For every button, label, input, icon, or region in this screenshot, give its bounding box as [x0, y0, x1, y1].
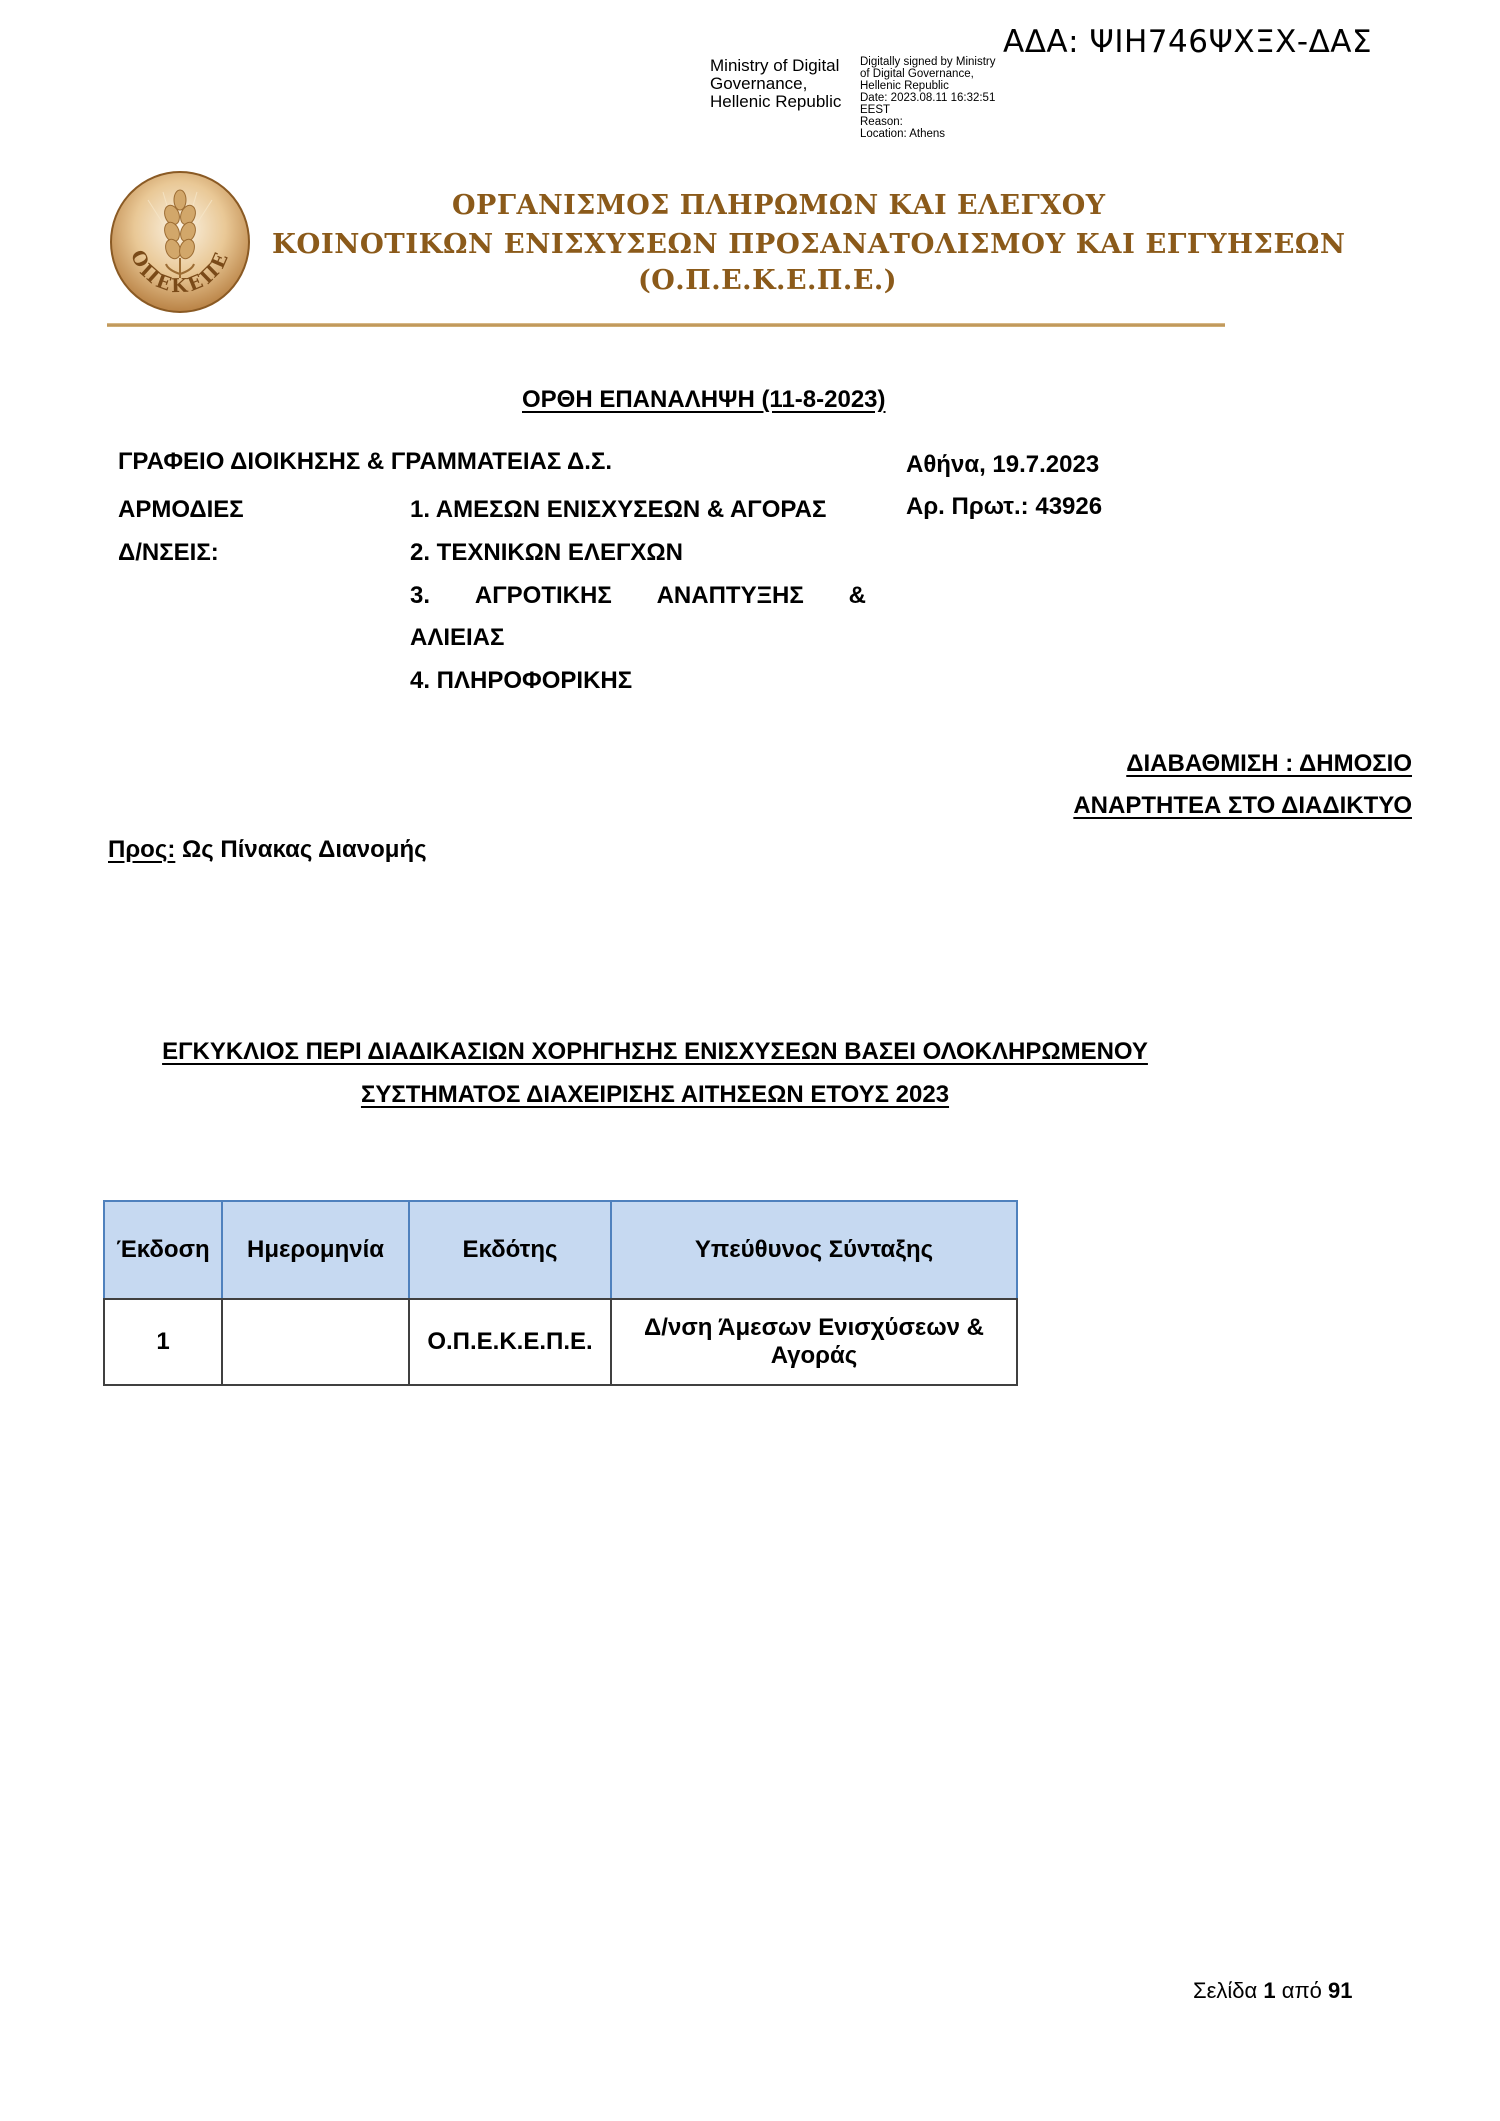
- signature-detail-line: Date: 2023.08.11 16:32:51: [860, 92, 996, 104]
- directorate-item: 3. ΑΓΡΟΤΙΚΗΣ ΑΝΑΠΤΥΞΗΣ &: [410, 582, 866, 610]
- recipient: Προς: Ως Πίνακας Διανομής: [108, 836, 427, 864]
- table-row: 1 Ο.Π.Ε.Κ.Ε.Π.Ε. Δ/νση Άμεσων Ενισχύσεων…: [104, 1299, 1017, 1385]
- logo-org-line: ΚΟΙΝΟΤΙΚΩΝ ΕΝΙΣΧΥΣΕΩΝ ΠΡΟΣΑΝΑΤΟΛΙΣΜΟΥ ΚΑ…: [272, 228, 1346, 260]
- signature-details: Digitally signed by Ministry of Digital …: [860, 56, 996, 140]
- page-number: Σελίδα 1 από 91: [1193, 1978, 1353, 2004]
- directorate-word: ΑΓΡΟΤΙΚΗΣ: [475, 582, 612, 610]
- cell-version: 1: [104, 1299, 222, 1385]
- recipient-label: Προς:: [108, 836, 175, 863]
- signature-detail-line: Reason:: [860, 116, 996, 128]
- signature-signer: Ministry of Digital Governance, Hellenic…: [710, 57, 841, 111]
- column-header-date: Ημερομηνία: [222, 1201, 409, 1299]
- signature-detail-line: Digitally signed by Ministry: [860, 56, 996, 68]
- recipient-value: Ως Πίνακας Διανομής: [182, 836, 427, 863]
- signature-detail-line: Hellenic Republic: [860, 80, 996, 92]
- reissue-heading: ΟΡΘΗ ΕΠΑΝΑΛΗΨΗ (11-8-2023): [522, 386, 886, 414]
- logo-org-acronym: (Ο.Π.Ε.Κ.Ε.Π.Ε.): [638, 265, 897, 296]
- directorate-item: 4. ΠΛΗΡΟΦΟΡΙΚΗΣ: [410, 667, 632, 695]
- directorate-item: 1. ΑΜΕΣΩΝ ΕΝΙΣΧΥΣΕΩΝ & ΑΓΟΡΑΣ: [410, 496, 826, 524]
- issuing-office: ΓΡΑΦΕΙΟ ΔΙΟΙΚΗΣΗΣ & ΓΡΑΜΜΑΤΕΙΑΣ Δ.Σ.: [118, 448, 612, 476]
- of-word: από: [1282, 1978, 1322, 2003]
- publication-notice: ΑΝΑΡΤΗΤΕΑ ΣΤΟ ΔΙΑΔΙΚΤΥΟ: [1073, 792, 1412, 820]
- circular-title-line: ΣΥΣΤΗΜΑΤΟΣ ΔΙΑΧΕΙΡΙΣΗΣ ΑΙΤΗΣΕΩΝ ΕΤΟΥΣ 20…: [0, 1081, 1310, 1109]
- signature-detail-line: Location: Athens: [860, 128, 996, 140]
- column-header-issuer: Εκδότης: [409, 1201, 611, 1299]
- circular-title-line: ΕΓΚΥΚΛΙΟΣ ΠΕΡΙ ΔΙΑΔΙΚΑΣΙΩΝ ΧΟΡΗΓΗΣΗΣ ΕΝΙ…: [0, 1038, 1310, 1066]
- signer-line: Governance,: [710, 75, 841, 93]
- total-pages: 91: [1328, 1978, 1352, 2003]
- opekepe-emblem-icon: ΟΠΕΚΕΠΕ: [108, 170, 252, 314]
- version-table: Έκδοση Ημερομηνία Εκδότης Υπεύθυνος Σύντ…: [103, 1200, 1018, 1386]
- current-page: 1: [1263, 1978, 1275, 2003]
- table-header-row: Έκδοση Ημερομηνία Εκδότης Υπεύθυνος Σύντ…: [104, 1201, 1017, 1299]
- column-header-author: Υπεύθυνος Σύνταξης: [611, 1201, 1017, 1299]
- signer-line: Ministry of Digital: [710, 57, 841, 75]
- directorate-item-continued: ΑΛΙΕΙΑΣ: [410, 624, 504, 652]
- signature-detail-line: of Digital Governance,: [860, 68, 996, 80]
- logo-divider: [107, 323, 1225, 327]
- classification-level: ΔΙΑΒΑΘΜΙΣΗ : ΔΗΜΟΣΙΟ: [1126, 750, 1412, 778]
- document-date: Αθήνα, 19.7.2023: [906, 451, 1099, 479]
- column-header-version: Έκδοση: [104, 1201, 222, 1299]
- page-word: Σελίδα: [1193, 1978, 1257, 2003]
- ada-identifier: ΑΔΑ: ΨΙΗ746ΨΧΞΧ-ΔΑΣ: [1003, 24, 1372, 60]
- directorate-word: ΑΝΑΠΤΥΞΗΣ: [657, 582, 804, 610]
- signature-detail-line: EEST: [860, 104, 996, 116]
- signer-line: Hellenic Republic: [710, 93, 841, 111]
- competent-directorates-label: Δ/ΝΣΕΙΣ:: [118, 539, 219, 567]
- cell-date: [222, 1299, 409, 1385]
- directorate-word: 3.: [410, 582, 430, 610]
- directorate-item: 2. ΤΕΧΝΙΚΩΝ ΕΛΕΓΧΩΝ: [410, 539, 683, 567]
- protocol-number: Αρ. Πρωτ.: 43926: [906, 493, 1102, 521]
- competent-directorates-label: ΑΡΜΟΔΙΕΣ: [118, 496, 244, 524]
- cell-author: Δ/νση Άμεσων Ενισχύσεων & Αγοράς: [611, 1299, 1017, 1385]
- directorate-word: &: [849, 582, 866, 610]
- logo-org-line: ΟΡΓΑΝΙΣΜΟΣ ΠΛΗΡΩΜΩΝ ΚΑΙ ΕΛΕΓΧΟΥ: [452, 190, 1106, 221]
- cell-issuer: Ο.Π.Ε.Κ.Ε.Π.Ε.: [409, 1299, 611, 1385]
